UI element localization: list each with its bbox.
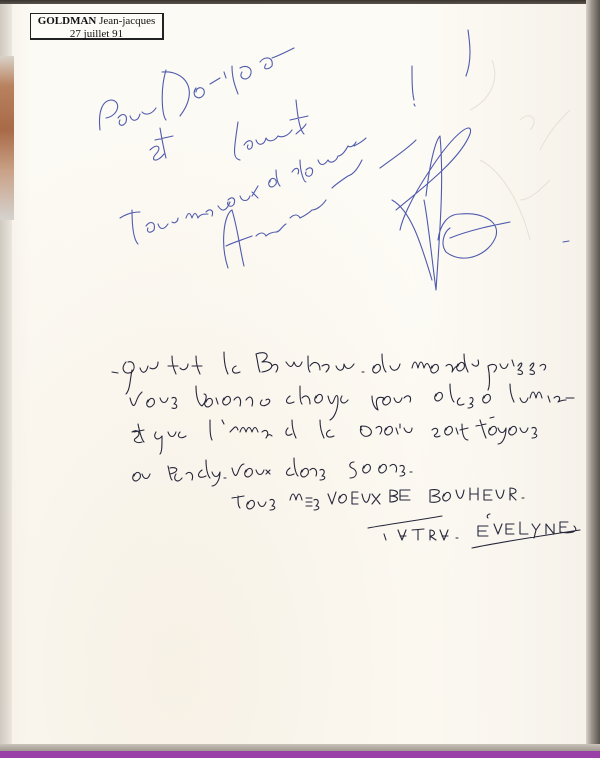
purple-background-band: [0, 751, 600, 758]
book-right-edge: [586, 0, 600, 752]
name-date-label: GOLDMAN Jean-jacques 27 juillet 91: [30, 13, 164, 40]
label-date: 27 juillet 91: [31, 28, 162, 41]
label-surname: GOLDMAN: [38, 15, 97, 27]
autograph-page: [0, 4, 588, 746]
label-name-line: GOLDMAN Jean-jacques: [31, 15, 162, 28]
label-given-name: Jean-jacques: [99, 15, 155, 27]
adjacent-photo-strip: [0, 56, 14, 220]
